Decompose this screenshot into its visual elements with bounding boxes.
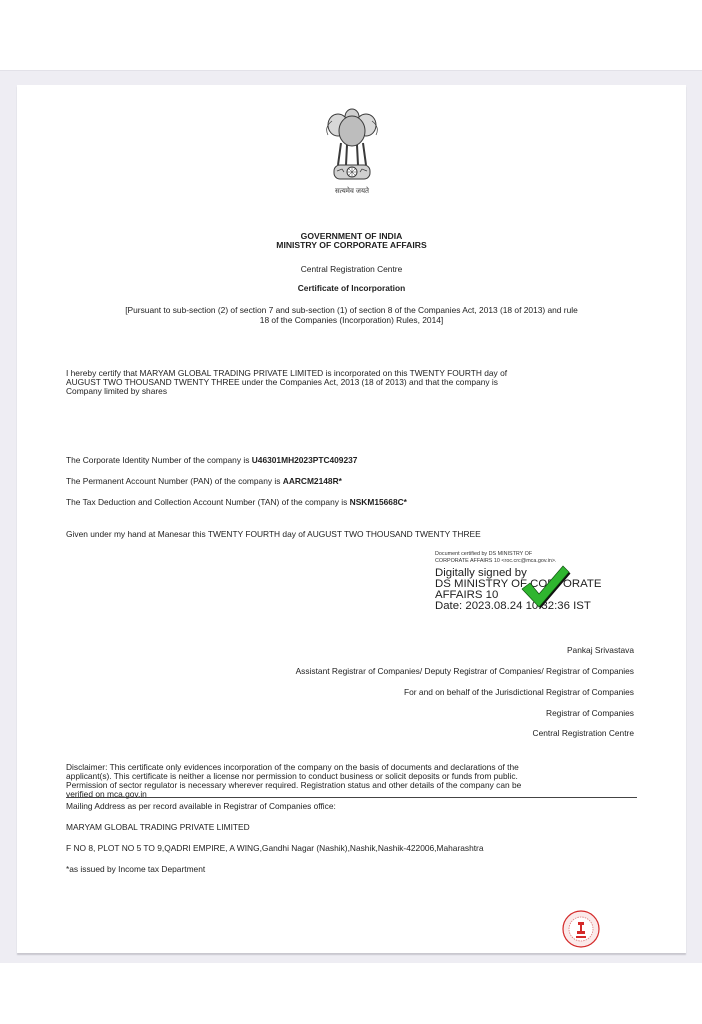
ministry-seal-icon	[560, 908, 602, 950]
mailing-address: F NO 8, PLOT NO 5 TO 9,QADRI EMPIRE, A W…	[66, 843, 484, 853]
pan-label: The Permanent Account Number (PAN) of th…	[66, 476, 283, 486]
given-under-statement: Given under my hand at Manesar this TWEN…	[66, 529, 481, 539]
national-emblem-icon: सत्यमेव जयते	[316, 105, 388, 197]
signatory-centre: Central Registration Centre	[533, 728, 634, 738]
signatory-office: Registrar of Companies	[546, 708, 634, 718]
signature-verified-check-icon	[519, 563, 571, 609]
pursuant-line-1: [Pursuant to sub-section (2) of section …	[17, 305, 686, 315]
mailing-label: Mailing Address as per record available …	[66, 801, 336, 811]
signatory-on-behalf: For and on behalf of the Jurisdictional …	[404, 687, 634, 697]
tan-label: The Tax Deduction and Collection Account…	[66, 497, 350, 507]
pan-statement: The Permanent Account Number (PAN) of th…	[66, 476, 342, 486]
certificate-title: Certificate of Incorporation	[17, 283, 686, 293]
mailing-company: MARYAM GLOBAL TRADING PRIVATE LIMITED	[66, 822, 250, 832]
pursuant-line-2: 18 of the Companies (Incorporation) Rule…	[17, 315, 686, 325]
cin-value: U46301MH2023PTC409237	[252, 455, 358, 465]
income-tax-footnote: *as issued by Income tax Department	[66, 864, 205, 874]
digital-signature-block: Document certified by DS MINISTRY OF COR…	[435, 551, 665, 612]
header-ministry: MINISTRY OF CORPORATE AFFAIRS	[17, 240, 686, 250]
tan-statement: The Tax Deduction and Collection Account…	[66, 497, 407, 507]
tan-value: NSKM15668C*	[350, 497, 407, 507]
signatory-name: Pankaj Srivastava	[567, 645, 634, 655]
pan-value: AARCM2148R*	[283, 476, 342, 486]
certification-line-3: Company limited by shares	[66, 386, 167, 396]
svg-text:सत्यमेव जयते: सत्यमेव जयते	[335, 186, 370, 195]
cin-statement: The Corporate Identity Number of the com…	[66, 455, 357, 465]
section-divider	[66, 797, 637, 798]
signatory-designation: Assistant Registrar of Companies/ Deputy…	[296, 666, 634, 676]
certificate-page: सत्यमेव जयते GOVERNMENT OF INDIA MINISTR…	[17, 85, 686, 953]
header-centre: Central Registration Centre	[17, 264, 686, 274]
cin-label: The Corporate Identity Number of the com…	[66, 455, 252, 465]
